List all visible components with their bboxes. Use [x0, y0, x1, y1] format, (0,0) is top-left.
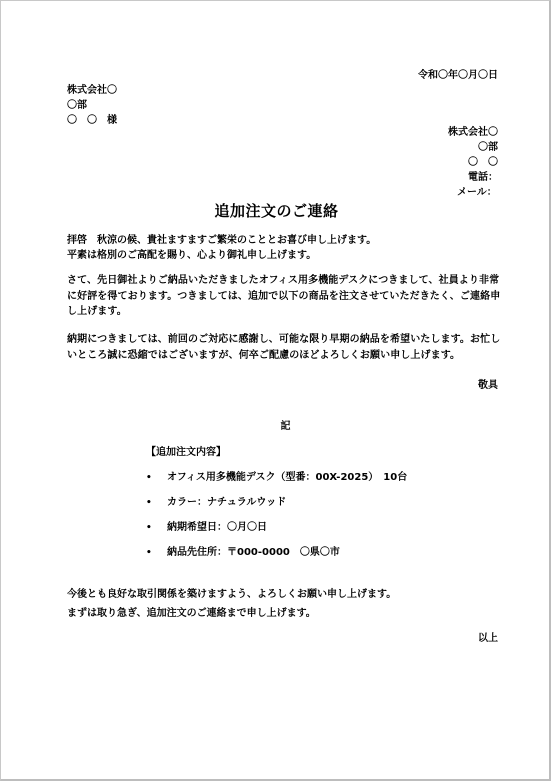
order-item: •カラー：ナチュラルウッド: [146, 496, 286, 510]
order-item: •納品先住所：〒000-0000 〇県〇市: [146, 546, 340, 560]
recipient-name: 〇 〇 様: [67, 113, 117, 128]
document-page: 令和〇年〇月〇日 株式会社〇 〇部 〇 〇 様 株式会社〇 〇部 〇 〇 電話：…: [0, 0, 551, 781]
closing-line-1: 今後とも良好な取引関係を築けますよう、よろしくお願い申し上げます。: [67, 585, 396, 604]
sender-email-label: メール：: [457, 185, 497, 200]
document-title: 追加注文のご連絡: [1, 200, 552, 221]
bullet-icon: •: [146, 546, 167, 560]
ijou-closing: 以上: [478, 629, 498, 648]
order-item: •納期希望日：〇月〇日: [146, 521, 267, 535]
keigu-closing: 敬具: [478, 378, 498, 393]
sender-name: 〇 〇: [468, 155, 498, 170]
order-section-heading: 【追加注文内容】: [146, 445, 226, 460]
sender-phone-label: 電話：: [468, 170, 498, 185]
body-paragraph-delivery-request: 納期につきましては、前回のご対応に感謝し、可能な限り早期の納品を希望いたします。…: [67, 332, 503, 363]
bullet-icon: •: [146, 521, 167, 535]
sender-company: 株式会社〇: [448, 125, 498, 140]
greeting-line-1: 拝啓 秋涼の候、貴社ますますご繁栄のこととお喜び申し上げます。: [67, 233, 376, 248]
bullet-icon: •: [146, 471, 167, 485]
document-date: 令和〇年〇月〇日: [418, 68, 498, 83]
sender-department: 〇部: [478, 140, 498, 155]
ki-marker: 記: [1, 417, 553, 432]
order-item-text: 納品先住所：〒000-0000 〇県〇市: [167, 547, 340, 558]
recipient-company: 株式会社〇: [67, 83, 117, 98]
recipient-department: 〇部: [67, 98, 87, 113]
closing-line-2: まずは取り急ぎ、追加注文のご連絡まで申し上げます。: [67, 604, 316, 623]
order-item-text: カラー：ナチュラルウッド: [167, 497, 286, 508]
greeting-line-2: 平素は格別のご高配を賜り、心より御礼申し上げます。: [67, 248, 316, 263]
order-item: •オフィス用多機能デスク（型番：00X-2025） 10台: [146, 471, 407, 485]
order-item-text: 納期希望日：〇月〇日: [167, 522, 267, 533]
order-item-text: オフィス用多機能デスク（型番：00X-2025） 10台: [167, 472, 407, 483]
body-paragraph-order-reason: さて、先日御社よりご納品いただきましたオフィス用多機能デスクにつきまして、社員よ…: [67, 273, 503, 320]
bullet-icon: •: [146, 496, 167, 510]
